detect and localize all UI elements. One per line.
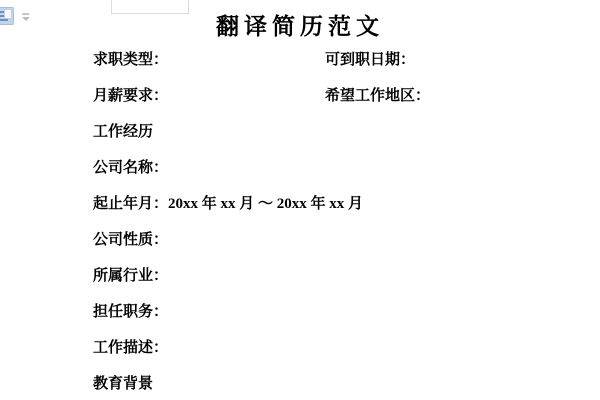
field-row-salary: 月薪要求： 希望工作地区： xyxy=(93,84,580,120)
section-heading: 教育背景 xyxy=(93,372,325,393)
field-label: 担任职务： xyxy=(93,300,325,321)
field-label: 月薪要求： xyxy=(93,84,325,105)
field-row-company-type: 公司性质： xyxy=(93,228,580,264)
field-label: 希望工作地区： xyxy=(325,84,580,105)
field-label: 公司名称： xyxy=(93,156,325,177)
field-label: 工作描述： xyxy=(93,336,325,357)
resume-fields: 求职类型： 可到职日期： 月薪要求： 希望工作地区： 工作经历 公司名称： 起止… xyxy=(93,48,580,400)
field-row-job-type: 求职类型： 可到职日期： xyxy=(93,48,580,84)
page-title: 翻译简历范文 xyxy=(0,8,600,41)
field-row-position: 担任职务： xyxy=(93,300,580,336)
field-label: 所属行业： xyxy=(93,264,325,285)
field-label: 求职类型： xyxy=(93,48,325,69)
field-row-industry: 所属行业： xyxy=(93,264,580,300)
field-row-job-description: 工作描述： xyxy=(93,336,580,372)
field-row-work-experience-heading: 工作经历 xyxy=(93,120,580,156)
document-page: 翻译简历范文 求职类型： 可到职日期： 月薪要求： 希望工作地区： 工作经历 公… xyxy=(0,0,600,400)
field-label: 可到职日期： xyxy=(325,48,580,69)
field-label: 公司性质： xyxy=(93,228,325,249)
section-heading: 工作经历 xyxy=(93,120,325,141)
field-label: 起止年月：20xx 年 xx 月 ～ 20xx 年 xx 月 xyxy=(93,192,325,213)
field-row-date-range: 起止年月：20xx 年 xx 月 ～ 20xx 年 xx 月 xyxy=(93,192,580,228)
field-row-education-heading: 教育背景 xyxy=(93,372,580,400)
field-row-company-name: 公司名称： xyxy=(93,156,580,192)
